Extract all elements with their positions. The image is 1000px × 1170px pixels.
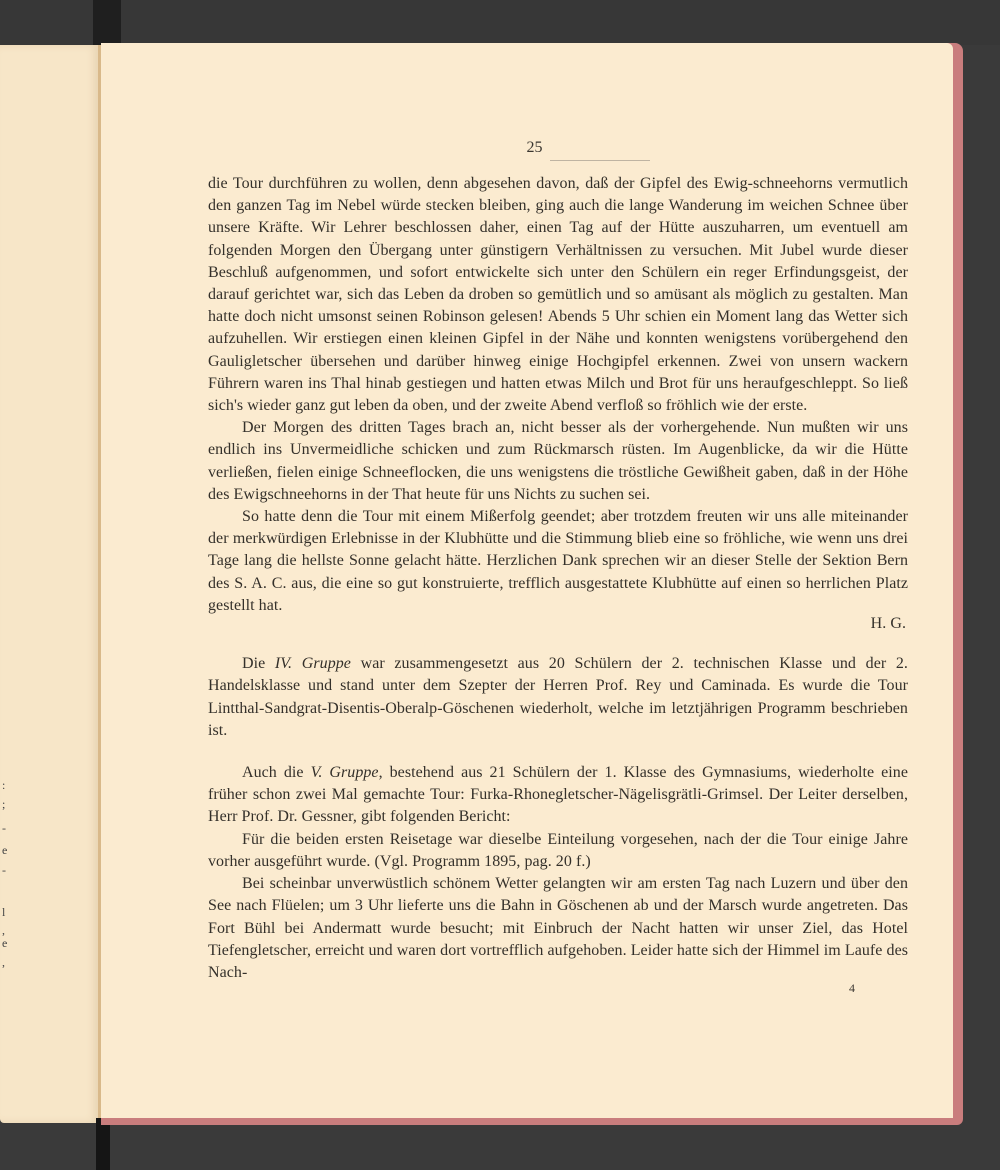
- paragraph-7: Bei scheinbar unverwüstlich schönem Wett…: [208, 873, 908, 984]
- page-number-rule: [550, 160, 650, 161]
- paragraph-1: die Tour durchführen zu wollen, denn abg…: [208, 173, 908, 417]
- margin-mark: e: [2, 936, 7, 951]
- left-page: : ; - e - l , e ,: [0, 45, 100, 1123]
- margin-mark: l: [2, 905, 5, 920]
- left-page-margin-marks: : ; - e - l , e ,: [0, 45, 14, 1123]
- right-page: 25 die Tour durchführen zu wollen, denn …: [101, 43, 953, 1118]
- margin-mark: e: [2, 843, 7, 858]
- paragraph-2: Der Morgen des dritten Tages brach an, n…: [208, 417, 908, 506]
- book-spine-top: [93, 0, 121, 48]
- margin-mark: :: [2, 778, 5, 793]
- margin-mark: ;: [2, 797, 5, 812]
- group-heading-italic: IV. Gruppe: [275, 655, 351, 672]
- page-body: die Tour durchführen zu wollen, denn abg…: [208, 173, 908, 984]
- paragraph-group-v: Auch die V. Gruppe, bestehend aus 21 Sch…: [208, 762, 908, 829]
- lead-text: Die: [242, 655, 275, 672]
- section-spacer: [208, 742, 908, 762]
- lead-text: Auch die: [242, 764, 311, 781]
- paragraph-6: Für die beiden ersten Reisetage war dies…: [208, 829, 908, 873]
- group-heading-italic: V. Gruppe: [311, 764, 379, 781]
- margin-mark: ,: [2, 955, 5, 970]
- author-signature: H. G.: [208, 613, 908, 635]
- book-spine-bottom: [96, 1118, 110, 1170]
- printer-signature-mark: 4: [849, 981, 855, 996]
- page-number: 25: [101, 139, 953, 157]
- paragraph-3: So hatte denn die Tour mit einem Mißerfo…: [208, 506, 908, 617]
- section-spacer: [208, 635, 908, 653]
- scan-background-top: [0, 0, 1000, 45]
- paragraph-group-iv: Die IV. Gruppe war zusammengesetzt aus 2…: [208, 653, 908, 742]
- margin-mark: -: [2, 821, 6, 836]
- margin-mark: -: [2, 863, 6, 878]
